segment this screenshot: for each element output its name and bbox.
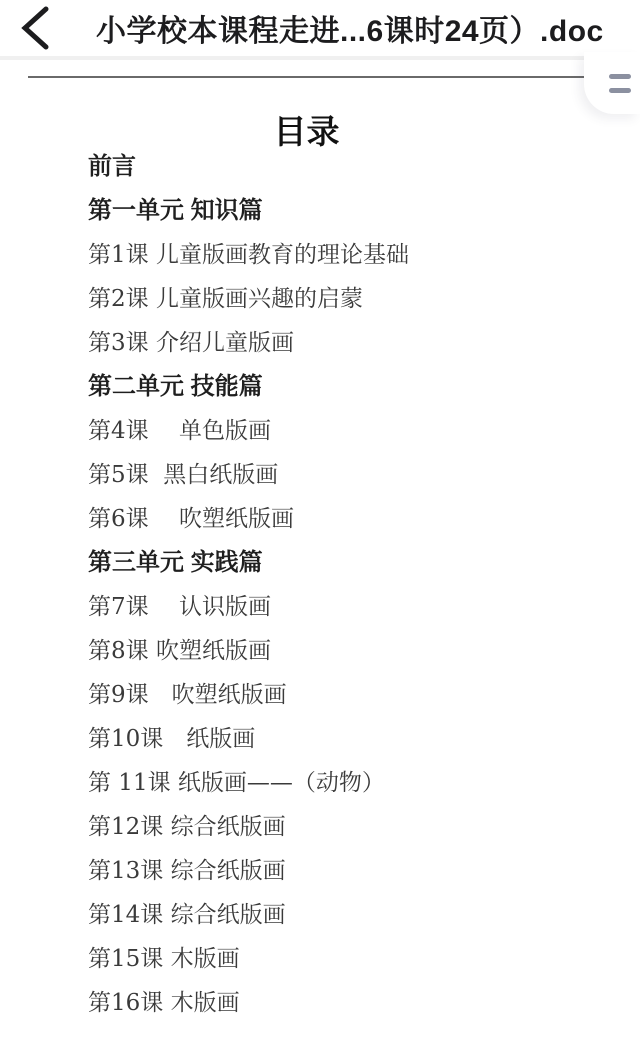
toc-entry: 第 11课 纸版画——（动物）	[88, 771, 608, 795]
toc-entry: 第7课 认识版画	[88, 595, 608, 619]
back-button[interactable]	[0, 0, 70, 58]
toc-list: 前言第一单元 知识篇第1课 儿童版画教育的理论基础第2课 儿童版画兴趣的启蒙第3…	[88, 155, 608, 1035]
menu-button[interactable]	[609, 64, 635, 102]
toc-entry: 第二单元 技能篇	[88, 375, 608, 399]
toc-title: 目录	[28, 106, 585, 153]
hamburger-icon	[609, 74, 635, 93]
corner-panel	[584, 52, 640, 114]
toc-entry: 第一单元 知识篇	[88, 199, 608, 223]
toc-entry: 第6课 吹塑纸版画	[88, 507, 608, 531]
toc-entry: 第1课 儿童版画教育的理论基础	[88, 243, 608, 267]
toc-entry: 第12课 综合纸版画	[88, 815, 608, 839]
toc-entry: 前言	[88, 155, 608, 179]
toc-entry: 第13课 综合纸版画	[88, 859, 608, 883]
toc-entry: 第15课 木版画	[88, 947, 608, 971]
toc-entry: 第3课 介绍儿童版画	[88, 331, 608, 355]
document-title: 小学校本课程走进...6课时24页）.doc	[96, 6, 604, 50]
toc-entry: 第三单元 实践篇	[88, 551, 608, 575]
toc-entry: 第16课 木版画	[88, 991, 608, 1015]
toc-entry: 第10课 纸版画	[88, 727, 608, 751]
toc-entry: 第8课 吹塑纸版画	[88, 639, 608, 663]
toc-entry: 第14课 综合纸版画	[88, 903, 608, 927]
page-top-edge	[28, 76, 585, 78]
toc-entry: 第2课 儿童版画兴趣的启蒙	[88, 287, 608, 311]
header-bar: 小学校本课程走进...6课时24页）.doc	[0, 0, 640, 60]
chevron-left-icon	[20, 6, 50, 50]
toc-entry: 第5课 黑白纸版画	[88, 463, 608, 487]
toc-entry: 第4课 单色版画	[88, 419, 608, 443]
toc-entry: 第9课 吹塑纸版画	[88, 683, 608, 707]
